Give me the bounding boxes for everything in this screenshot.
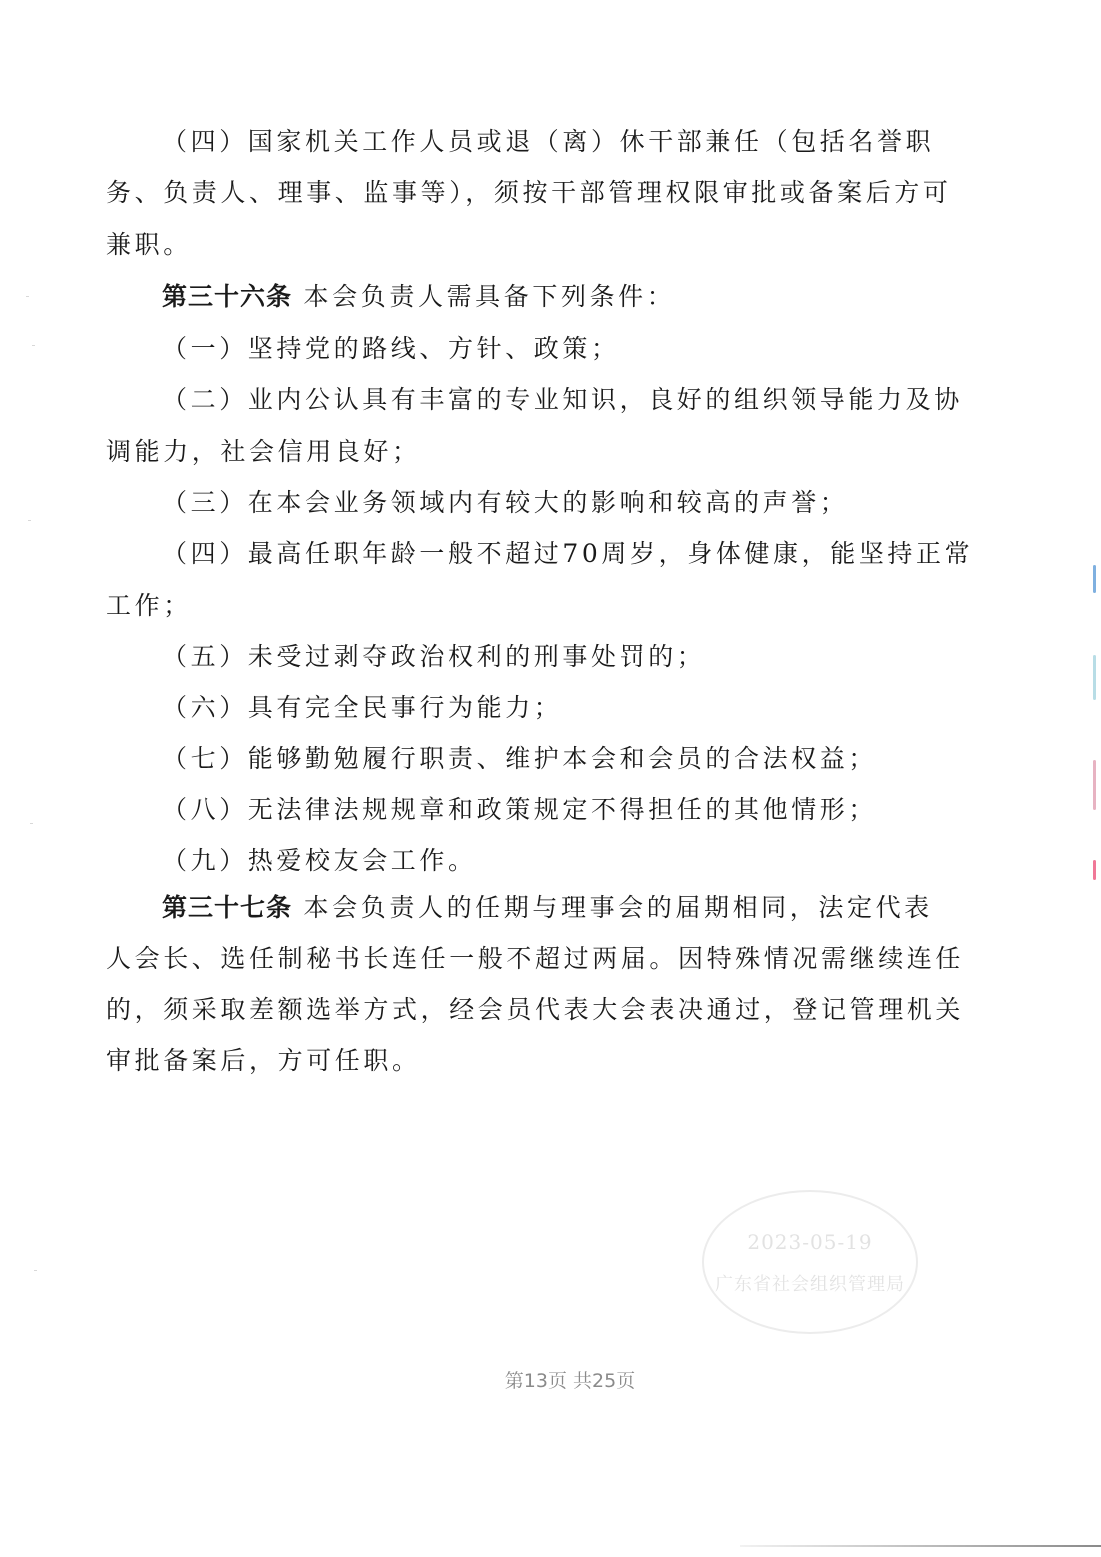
scan-speck: [32, 345, 35, 346]
condition-item-6: （六）具有完全民事行为能力；: [162, 692, 1022, 724]
condition-item-2-cont: 调能力，社会信用良好；: [106, 436, 966, 468]
paragraph-line: 审批备案后，方可任职。: [106, 1045, 966, 1077]
condition-item-2: （二）业内公认具有丰富的专业知识，良好的组织领导能力及协: [162, 384, 1022, 416]
condition-item-3: （三）在本会业务领域内有较大的影响和较高的声誉；: [162, 487, 1022, 519]
stamp-date: 2023-05-19: [704, 1230, 916, 1254]
condition-item-4: （四）最高任职年龄一般不超过70周岁，身体健康，能坚持正常: [162, 538, 1022, 570]
official-seal-stamp: 2023-05-19 广东省社会组织管理局: [702, 1190, 918, 1334]
scan-speck: [28, 520, 31, 521]
article-number: 第三十七条: [162, 893, 292, 922]
stamp-organization: 广东省社会组织管理局: [694, 1270, 926, 1296]
condition-item-5: （五）未受过剥夺政治权利的刑事处罚的；: [162, 641, 1022, 673]
document-page: （四）国家机关工作人员或退（离）休干部兼任（包括名誉职 务、负责人、理事、监事等…: [0, 0, 1101, 1557]
paragraph-line: 兼职。: [106, 229, 966, 261]
article-text: 本会负责人的任期与理事会的届期相同，法定代表: [292, 893, 933, 922]
article-37-heading: 第三十七条 本会负责人的任期与理事会的届期相同，法定代表: [162, 892, 1022, 924]
paragraph-line: 人会长、选任制秘书长连任一般不超过两届。因特殊情况需继续连任: [106, 943, 966, 975]
condition-item-9: （九）热爱校友会工作。: [162, 845, 1022, 877]
scan-edge-line: [740, 1545, 1101, 1547]
paragraph-line: 的，须采取差额选举方式，经会员代表大会表决通过，登记管理机关: [106, 994, 966, 1026]
scan-edge-mark: [1093, 760, 1096, 810]
article-36-heading: 第三十六条 本会负责人需具备下列条件：: [162, 281, 1022, 313]
scan-speck: [26, 296, 29, 297]
scan-edge-mark: [1093, 860, 1096, 880]
condition-item-1: （一）坚持党的路线、方针、政策；: [162, 333, 1022, 365]
page-indicator: 第13页 共25页: [0, 1366, 1101, 1393]
scan-speck: [34, 1270, 37, 1271]
article-text: 本会负责人需具备下列条件：: [292, 282, 675, 311]
scan-edge-mark: [1093, 655, 1096, 700]
scan-edge-mark: [1093, 565, 1096, 593]
scan-speck: [30, 823, 33, 824]
paragraph-line: 务、负责人、理事、监事等），须按干部管理权限审批或备案后方可: [106, 177, 966, 209]
paragraph-line: （四）国家机关工作人员或退（离）休干部兼任（包括名誉职: [162, 126, 1022, 158]
article-number: 第三十六条: [162, 282, 292, 311]
condition-item-7: （七）能够勤勉履行职责、维护本会和会员的合法权益；: [162, 743, 1022, 775]
condition-item-8: （八）无法律法规规章和政策规定不得担任的其他情形；: [162, 794, 1022, 826]
condition-item-4-cont: 工作；: [106, 590, 966, 622]
